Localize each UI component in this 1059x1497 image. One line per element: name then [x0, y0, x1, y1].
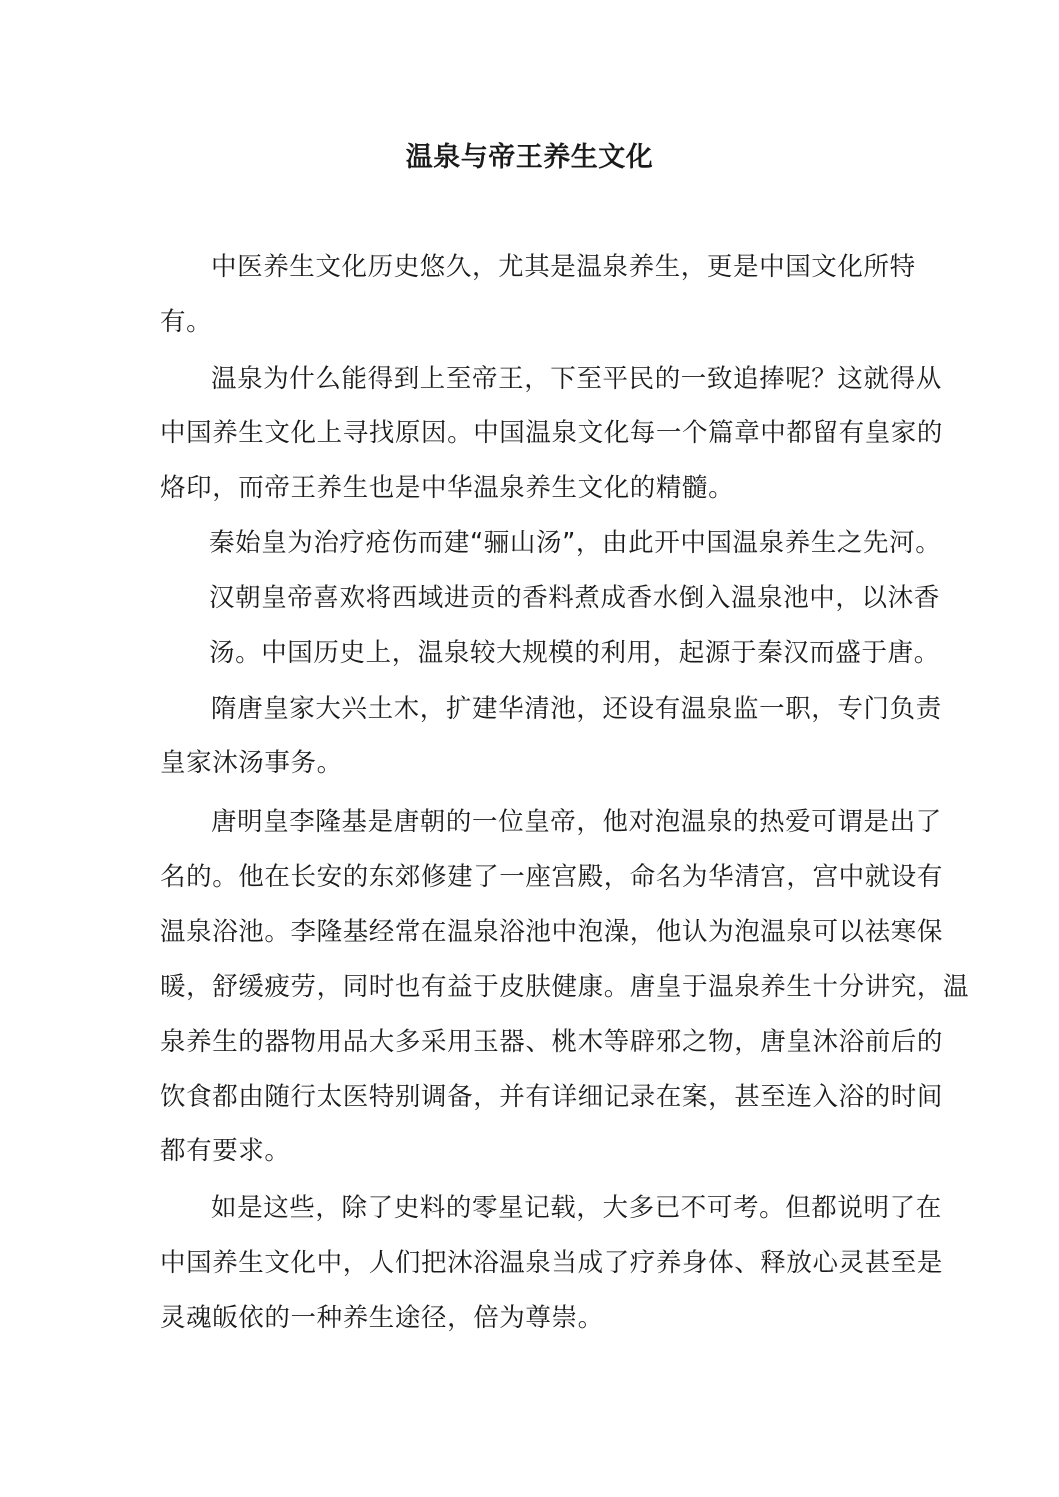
- paragraph-7-line-3: 灵魂皈依的一种养生途径，倍为尊崇。: [160, 1301, 604, 1335]
- paragraph-6-line-7: 都有要求。: [160, 1134, 291, 1168]
- paragraph-7-line-1: 如是这些，除了史料的零星记载，大多已不可考。但都说明了在: [211, 1191, 942, 1225]
- paragraph-2-line-1: 温泉为什么能得到上至帝王，下至平民的一致追捧呢？这就得从: [211, 362, 942, 396]
- document-page: 温泉与帝王养生文化 中医养生文化历史悠久，尤其是温泉养生，更是中国文化所特 有。…: [0, 0, 1059, 1497]
- paragraph-2-line-2: 中国养生文化上寻找原因。中国温泉文化每一个篇章中都留有皇家的: [160, 416, 943, 450]
- paragraph-7-line-2: 中国养生文化中，人们把沐浴温泉当成了疗养身体、释放心灵甚至是: [160, 1246, 943, 1280]
- paragraph-5-line-2: 皇家沐汤事务。: [160, 746, 343, 780]
- paragraph-1-line-2: 有。: [160, 305, 212, 339]
- paragraph-6-line-1: 唐明皇李隆基是唐朝的一位皇帝，他对泡温泉的热爱可谓是出了: [211, 805, 942, 839]
- paragraph-6-line-3: 温泉浴池。李隆基经常在温泉浴池中泡澡，他认为泡温泉可以祛寒保: [160, 915, 943, 949]
- paragraph-1-line-1: 中医养生文化历史悠久，尤其是温泉养生，更是中国文化所特: [211, 250, 916, 284]
- paragraph-4-line-2: 汤。中国历史上，温泉较大规模的利用，起源于秦汉而盛于唐。: [209, 636, 940, 670]
- paragraph-6-line-5: 泉养生的器物用品大多采用玉器、桃木等辟邪之物，唐皇沐浴前后的: [160, 1025, 943, 1059]
- document-title: 温泉与帝王养生文化: [0, 140, 1059, 176]
- paragraph-5-line-1: 隋唐皇家大兴土木，扩建华清池，还设有温泉监一职，专门负责: [211, 692, 942, 726]
- paragraph-4-line-1: 汉朝皇帝喜欢将西域进贡的香料煮成香水倒入温泉池中，以沐香: [209, 581, 940, 615]
- paragraph-2-line-3: 烙印，而帝王养生也是中华温泉养生文化的精髓。: [160, 471, 734, 505]
- paragraph-3-line-1: 秦始皇为治疗疮伤而建“骊山汤”，由此开中国温泉养生之先河。: [209, 526, 941, 560]
- paragraph-6-line-6: 饮食都由随行太医特别调备，并有详细记录在案，甚至连入浴的时间: [160, 1080, 943, 1114]
- paragraph-6-line-4: 暖，舒缓疲劳，同时也有益于皮肤健康。唐皇于温泉养生十分讲究，温: [160, 970, 969, 1004]
- paragraph-6-line-2: 名的。他在长安的东郊修建了一座宫殿，命名为华清宫，宫中就设有: [160, 860, 943, 894]
